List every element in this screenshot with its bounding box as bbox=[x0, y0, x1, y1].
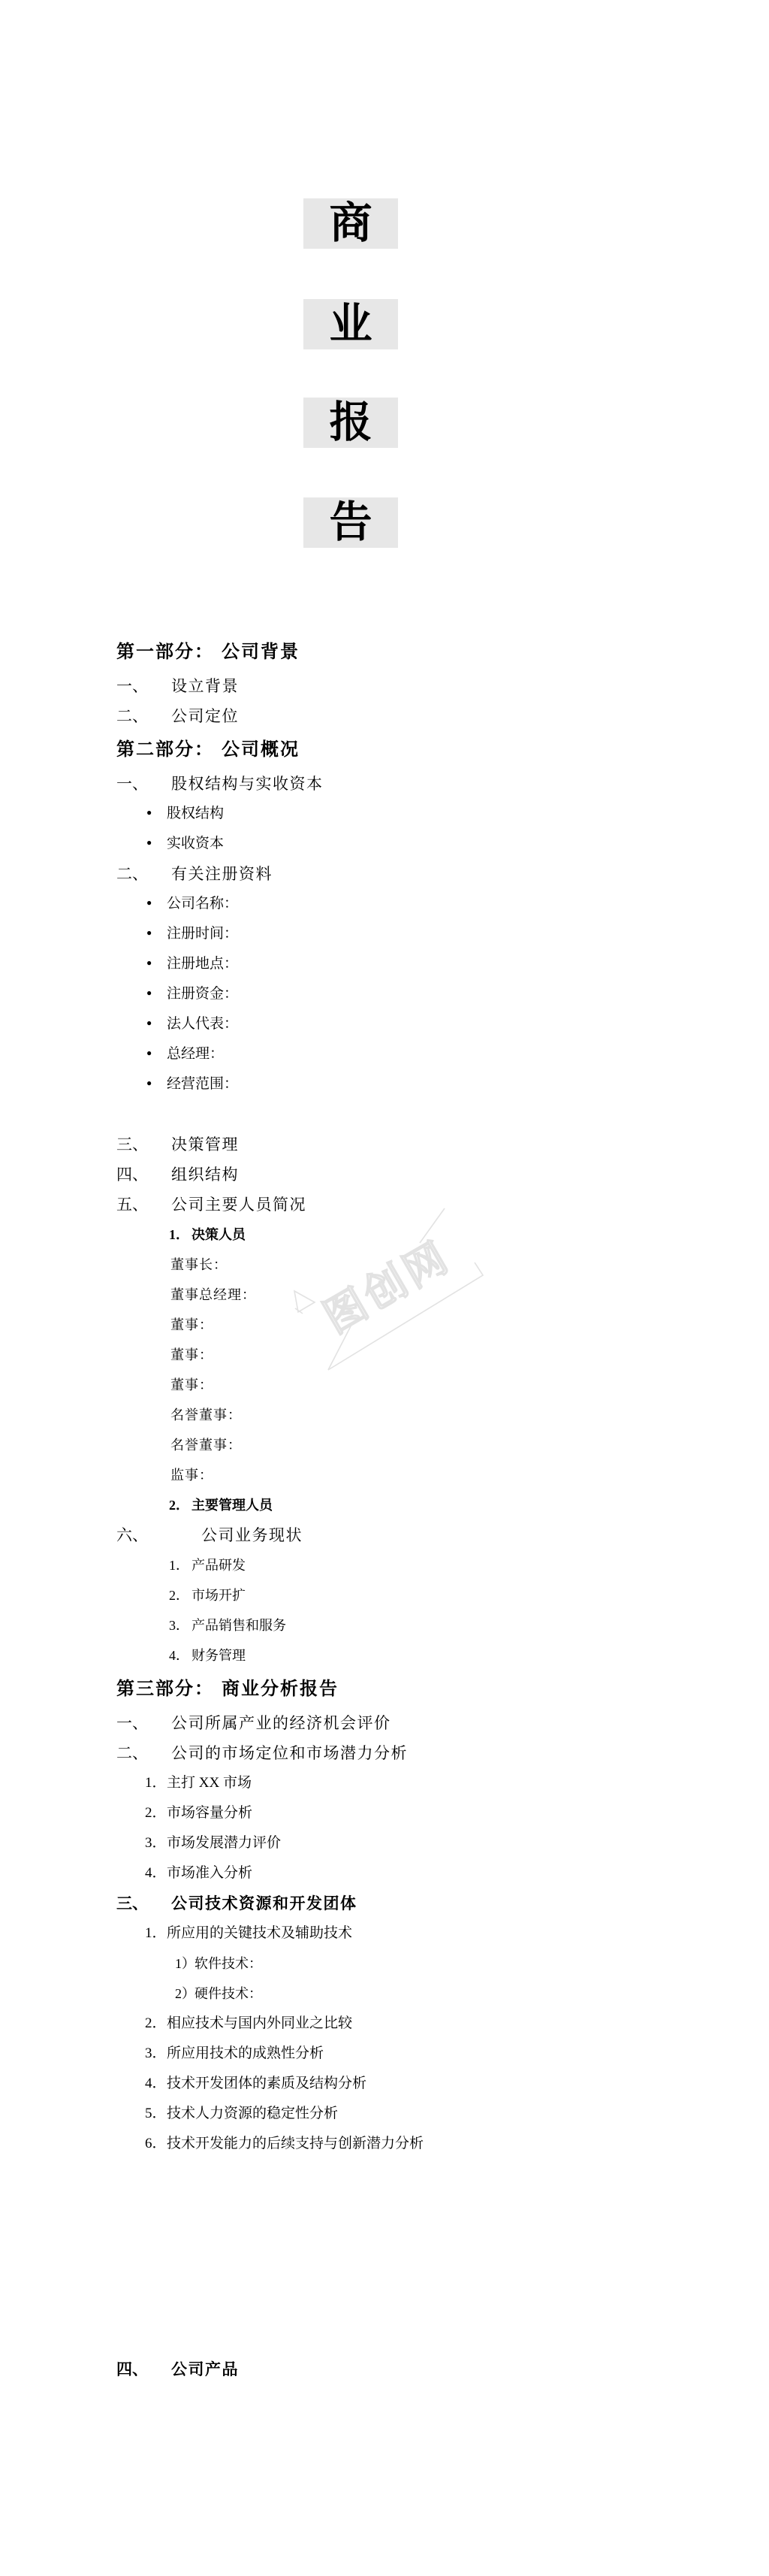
item-text: 名誉董事： bbox=[170, 1438, 242, 1453]
part-heading: 第三部分：商业分析报告 bbox=[0, 1670, 769, 1708]
item-marker: 第一部分： bbox=[116, 642, 214, 662]
bullet-icon: ● bbox=[146, 827, 167, 857]
item-text: 公司定位 bbox=[171, 707, 239, 725]
item-marker: 4． bbox=[145, 1858, 167, 1888]
item-text: 董事总经理： bbox=[170, 1287, 256, 1302]
item-text: 董事： bbox=[170, 1377, 213, 1392]
outline-item-level1: 二、有关注册资料 bbox=[0, 859, 769, 889]
outline-item-level1: 四、组织结构 bbox=[0, 1160, 769, 1190]
item-marker: 第三部分： bbox=[116, 1680, 214, 1699]
item-marker: 3． bbox=[145, 1828, 167, 1858]
title-char: 商 bbox=[303, 198, 398, 249]
item-text: 商业分析报告 bbox=[222, 1680, 339, 1699]
bullet-item: ●股权结构 bbox=[0, 799, 769, 829]
item-marker: 一、 bbox=[116, 671, 171, 701]
item-text: 公司业务现状 bbox=[201, 1526, 303, 1544]
item-text: 技术开发能力的后续支持与创新潜力分析 bbox=[167, 2136, 424, 2151]
item-text: 公司所属产业的经济机会评价 bbox=[171, 1714, 391, 1732]
item-text: 经营范围： bbox=[167, 1076, 238, 1092]
numbered-item: 3．市场发展潜力评价 bbox=[0, 1828, 769, 1858]
outline-item-level1: 一、股权结构与实收资本 bbox=[0, 769, 769, 799]
item-marker: 4． bbox=[145, 2069, 167, 2099]
item-marker: 1． bbox=[145, 1768, 167, 1798]
item-text: 公司概况 bbox=[222, 740, 300, 760]
label-line: 董事： bbox=[0, 1310, 769, 1340]
bullet-icon: ● bbox=[146, 1008, 167, 1038]
numbered-item: 2．市场开扩 bbox=[0, 1580, 769, 1610]
numbered-item: 4．市场准入分析 bbox=[0, 1858, 769, 1888]
bullet-icon: ● bbox=[146, 978, 167, 1008]
item-text: 技术开发团体的素质及结构分析 bbox=[167, 2076, 366, 2091]
numbered-item: 1．决策人员 bbox=[0, 1220, 769, 1250]
title-char: 告 bbox=[303, 497, 398, 548]
item-marker: 四、 bbox=[116, 2354, 171, 2384]
item-text: 市场发展潜力评价 bbox=[167, 1835, 281, 1851]
item-text: 股权结构与实收资本 bbox=[171, 775, 324, 793]
bullet-icon: ● bbox=[146, 797, 167, 827]
numbered-item: 6．技术开发能力的后续支持与创新潜力分析 bbox=[0, 2129, 769, 2159]
item-text: 相应技术与国内外同业之比较 bbox=[167, 2015, 352, 2031]
item-marker: 四、 bbox=[116, 1160, 171, 1190]
label-line: 董事长： bbox=[0, 1250, 769, 1280]
item-marker: 六、 bbox=[116, 1520, 201, 1550]
spacer bbox=[0, 1099, 769, 1129]
item-text: 公司技术资源和开发团体 bbox=[171, 1894, 357, 1912]
bullet-icon: ● bbox=[146, 948, 167, 978]
numbered-item: 2．主要管理人员 bbox=[0, 1490, 769, 1520]
part-heading: 第一部分：公司背景 bbox=[0, 633, 769, 671]
bullet-item: ●公司名称： bbox=[0, 889, 769, 919]
outline-item-level1: 二、公司定位 bbox=[0, 701, 769, 731]
item-text: 技术人力资源的稳定性分析 bbox=[167, 2106, 338, 2121]
title-char: 业 bbox=[303, 299, 398, 349]
item-marker: 1） bbox=[175, 1949, 195, 1979]
numbered-item: 1．所应用的关键技术及辅助技术 bbox=[0, 1918, 769, 1949]
item-marker: 二、 bbox=[116, 701, 171, 731]
item-text: 注册地点： bbox=[167, 956, 238, 972]
bullet-item: ●经营范围： bbox=[0, 1069, 769, 1099]
item-text: 公司背景 bbox=[222, 642, 300, 662]
item-text: 监事： bbox=[170, 1468, 213, 1483]
item-text: 主要管理人员 bbox=[191, 1498, 273, 1513]
label-line: 名誉董事： bbox=[0, 1400, 769, 1430]
outline-item-level1: 二、公司的市场定位和市场潜力分析 bbox=[0, 1738, 769, 1768]
item-text: 注册时间： bbox=[167, 926, 238, 942]
spacer bbox=[0, 2159, 769, 2354]
item-text: 财务管理 bbox=[191, 1648, 246, 1663]
bullet-item: ●注册地点： bbox=[0, 949, 769, 979]
item-text: 主打 XX 市场 bbox=[167, 1775, 252, 1791]
outline: 第一部分：公司背景一、设立背景二、公司定位第二部分：公司概况一、股权结构与实收资… bbox=[0, 633, 769, 2384]
numbered-item: 2．市场容量分析 bbox=[0, 1798, 769, 1828]
bullet-icon: ● bbox=[146, 887, 167, 918]
item-text: 注册资金： bbox=[167, 986, 238, 1002]
label-line: 名誉董事： bbox=[0, 1430, 769, 1460]
bullet-item: ●法人代表： bbox=[0, 1009, 769, 1039]
paren-item: 2）硬件技术： bbox=[0, 1979, 769, 2009]
item-text: 市场容量分析 bbox=[167, 1805, 252, 1821]
outline-item-level1: 五、公司主要人员简况 bbox=[0, 1190, 769, 1220]
numbered-item: 3．产品销售和服务 bbox=[0, 1610, 769, 1640]
item-text: 软件技术： bbox=[195, 1956, 262, 1971]
outline-item-level1: 三、公司技术资源和开发团体 bbox=[0, 1888, 769, 1918]
bullet-icon: ● bbox=[146, 1038, 167, 1068]
outline-item-level1: 四、公司产品 bbox=[0, 2354, 769, 2384]
item-text: 硬件技术： bbox=[195, 1986, 262, 2001]
item-text: 名誉董事： bbox=[170, 1407, 242, 1423]
item-text: 有关注册资料 bbox=[171, 865, 273, 883]
item-text: 组织结构 bbox=[171, 1166, 239, 1184]
item-marker: 二、 bbox=[116, 1738, 171, 1768]
bullet-item: ●总经理： bbox=[0, 1039, 769, 1069]
item-text: 决策管理 bbox=[171, 1135, 239, 1153]
label-line: 监事： bbox=[0, 1460, 769, 1490]
part-heading: 第二部分：公司概况 bbox=[0, 731, 769, 769]
numbered-item: 5．技术人力资源的稳定性分析 bbox=[0, 2099, 769, 2129]
item-marker: 2． bbox=[169, 1580, 191, 1610]
item-marker: 三、 bbox=[116, 1888, 171, 1918]
item-marker: 5． bbox=[145, 2099, 167, 2129]
item-text: 董事长： bbox=[170, 1257, 228, 1272]
bullet-item: ●实收资本 bbox=[0, 829, 769, 859]
numbered-item: 1．产品研发 bbox=[0, 1550, 769, 1580]
item-text: 所应用技术的成熟性分析 bbox=[167, 2045, 324, 2061]
item-marker: 一、 bbox=[116, 1708, 171, 1738]
item-marker: 4． bbox=[169, 1640, 191, 1670]
item-text: 董事： bbox=[170, 1347, 213, 1362]
outline-item-level1: 三、决策管理 bbox=[0, 1129, 769, 1160]
bullet-icon: ● bbox=[146, 918, 167, 948]
item-text: 公司名称： bbox=[167, 896, 238, 912]
item-marker: 3． bbox=[169, 1610, 191, 1640]
item-marker: 五、 bbox=[116, 1190, 171, 1220]
item-marker: 2． bbox=[145, 1798, 167, 1828]
outline-item-level1: 六、公司业务现状 bbox=[0, 1520, 769, 1550]
label-line: 董事： bbox=[0, 1340, 769, 1370]
item-marker: 第二部分： bbox=[116, 740, 214, 760]
numbered-item: 2．相应技术与国内外同业之比较 bbox=[0, 2009, 769, 2039]
item-text: 总经理： bbox=[167, 1046, 224, 1062]
item-text: 公司的市场定位和市场潜力分析 bbox=[171, 1744, 408, 1762]
numbered-item: 1．主打 XX 市场 bbox=[0, 1768, 769, 1798]
title-char: 报 bbox=[303, 398, 398, 448]
item-marker: 三、 bbox=[116, 1129, 171, 1160]
label-line: 董事： bbox=[0, 1370, 769, 1400]
numbered-item: 4．财务管理 bbox=[0, 1640, 769, 1670]
item-text: 市场准入分析 bbox=[167, 1865, 252, 1881]
item-marker: 二、 bbox=[116, 859, 171, 889]
item-marker: 1． bbox=[169, 1220, 191, 1250]
label-line: 董事总经理： bbox=[0, 1280, 769, 1310]
item-marker: 2． bbox=[169, 1490, 191, 1520]
item-marker: 3． bbox=[145, 2039, 167, 2069]
item-text: 法人代表： bbox=[167, 1016, 238, 1032]
item-text: 公司主要人员简况 bbox=[171, 1196, 306, 1214]
numbered-item: 3．所应用技术的成熟性分析 bbox=[0, 2039, 769, 2069]
numbered-item: 4．技术开发团体的素质及结构分析 bbox=[0, 2069, 769, 2099]
item-marker: 1． bbox=[145, 1918, 167, 1949]
item-marker: 6． bbox=[145, 2129, 167, 2159]
paren-item: 1）软件技术： bbox=[0, 1949, 769, 1979]
document-page: 商 业 报 告 图创网 第一部分：公司背景一、设立背景二、公司定位第二部分：公司… bbox=[0, 0, 769, 2576]
outline-item-level1: 一、设立背景 bbox=[0, 671, 769, 701]
bullet-item: ●注册资金： bbox=[0, 979, 769, 1009]
item-marker: 2． bbox=[145, 2009, 167, 2039]
item-text: 市场开扩 bbox=[191, 1588, 246, 1603]
item-text: 所应用的关键技术及辅助技术 bbox=[167, 1925, 352, 1941]
bullet-item: ●注册时间： bbox=[0, 919, 769, 949]
item-text: 产品研发 bbox=[191, 1558, 246, 1573]
item-marker: 一、 bbox=[116, 769, 171, 799]
item-text: 公司产品 bbox=[171, 2360, 239, 2378]
item-text: 股权结构 bbox=[167, 806, 224, 821]
item-text: 决策人员 bbox=[191, 1227, 246, 1242]
item-marker: 1． bbox=[169, 1550, 191, 1580]
item-text: 设立背景 bbox=[171, 677, 239, 695]
item-marker: 2） bbox=[175, 1979, 195, 2009]
item-text: 董事： bbox=[170, 1317, 213, 1332]
item-text: 产品销售和服务 bbox=[191, 1618, 286, 1633]
outline-item-level1: 一、公司所属产业的经济机会评价 bbox=[0, 1708, 769, 1738]
bullet-icon: ● bbox=[146, 1068, 167, 1098]
item-text: 实收资本 bbox=[167, 836, 224, 851]
